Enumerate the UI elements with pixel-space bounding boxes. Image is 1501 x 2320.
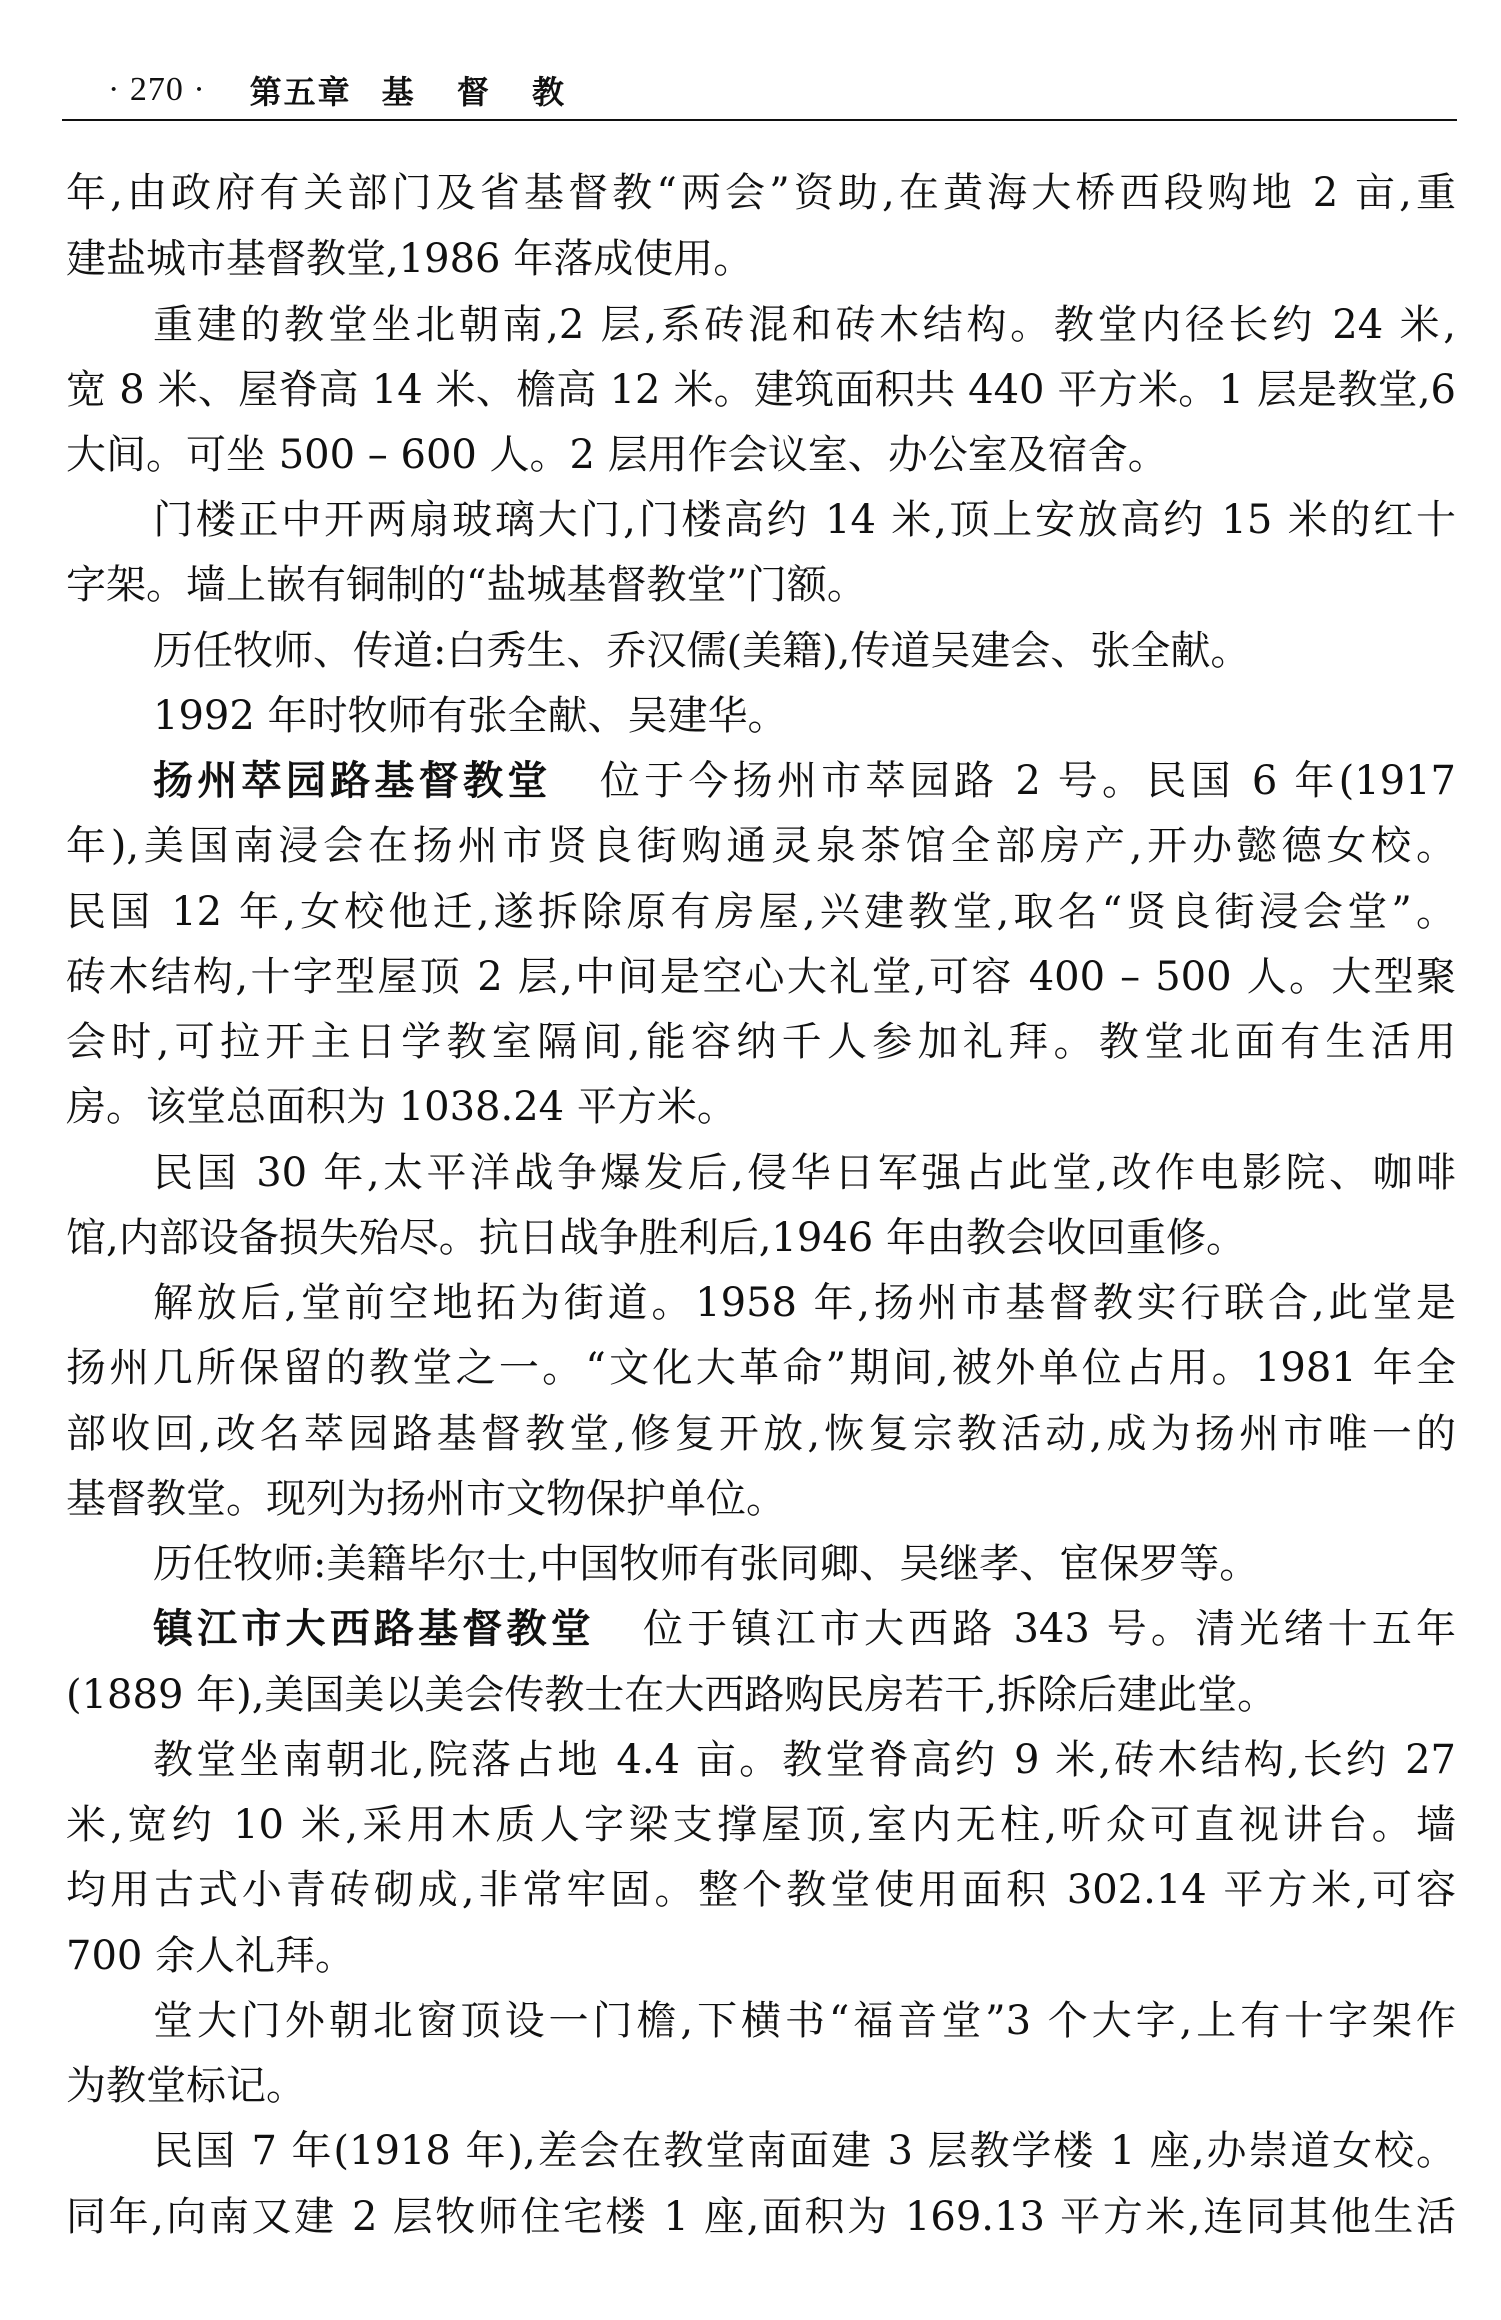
paragraph-start: 历任牧师、传道:白秀生、乔汉儒(美籍),传道吴建会、张全献。 [153,627,1456,675]
text-line: 民国 12 年,女校他迁,遂拆除原有房屋,兴建教堂,取名“贤良街浸会堂”。 [66,888,1456,936]
section-heading: 镇江市大西路基督教堂 [153,1606,595,1652]
text-line: 建盐城市基督教堂,1986 年落成使用。 [66,235,1456,283]
paragraph-start: 民国 7 年(1918 年),差会在教堂南面建 3 层教学楼 1 座,办崇道女校… [153,2127,1456,2175]
running-header: · 270 · 第五章 基 督 教 [108,68,580,112]
paragraph-start: 1992 年时牧师有张全献、吴建华。 [153,692,1456,740]
text-line: 房。该堂总面积为 1038.24 平方米。 [66,1083,1456,1131]
chapter-number: 第五章 [250,67,352,113]
text-line: 基督教堂。现列为扬州市文物保护单位。 [66,1475,1456,1523]
text-line: 年),美国南浸会在扬州市贤良街购通灵泉茶馆全部房产,开办懿德女校。 [66,822,1456,870]
paragraph-start: 教堂坐南朝北,院落占地 4.4 亩。教堂脊高约 9 米,砖木结构,长约 27 [153,1736,1456,1784]
paragraph-start: 门楼正中开两扇玻璃大门,门楼高约 14 米,顶上安放高约 15 米的红十 [153,496,1456,544]
text-line: (1889 年),美国美以美会传教士在大西路购民房若干,拆除后建此堂。 [66,1671,1456,1719]
text-line: 宽 8 米、屋脊高 14 米、檐高 12 米。建筑面积共 440 平方米。1 层… [66,366,1456,414]
text-line: 为教堂标记。 [66,2062,1456,2110]
chapter-title: 基 督 教 [382,67,580,113]
text-line: 砖木结构,十字型屋顶 2 层,中间是空心大礼堂,可容 400 – 500 人。大… [66,953,1456,1001]
text-line: 米,宽约 10 米,采用木质人字梁支撑屋顶,室内无柱,听众可直视讲台。墙 [66,1801,1456,1849]
text-line: 馆,内部设备损失殆尽。抗日战争胜利后,1946 年由教会收回重修。 [66,1214,1456,1262]
page-number: · 270 · [108,71,206,109]
paragraph-start: 民国 30 年,太平洋战争爆发后,侵华日军强占此堂,改作电影院、咖啡 [153,1149,1456,1197]
text-line: 字架。墙上嵌有铜制的“盐城基督教堂”门额。 [66,561,1456,609]
text-line: 700 余人礼拜。 [66,1932,1456,1980]
section-heading-line: 扬州萃园路基督教堂位于今扬州市萃园路 2 号。民国 6 年(1917 [153,757,1456,805]
text-line: 年,由政府有关部门及省基督教“两会”资助,在黄海大桥西段购地 2 亩,重 [66,169,1456,217]
text-line: 大间。可坐 500 – 600 人。2 层用作会议室、办公室及宿舍。 [66,431,1456,479]
text-line: 同年,向南又建 2 层牧师住宅楼 1 座,面积为 169.13 平方米,连同其他… [66,2193,1456,2241]
paragraph-start: 历任牧师:美籍毕尔士,中国牧师有张同卿、吴继孝、宦保罗等。 [153,1540,1456,1588]
text-line: 会时,可拉开主日学教室隔间,能容纳千人参加礼拜。教堂北面有生活用 [66,1018,1456,1066]
text-line: 均用古式小青砖砌成,非常牢固。整个教堂使用面积 302.14 平方米,可容 [66,1866,1456,1914]
paragraph-start: 堂大门外朝北窗顶设一门檐,下横书“福音堂”3 个大字,上有十字架作 [153,1997,1456,2045]
header-rule [62,119,1457,121]
paragraph-start: 重建的教堂坐北朝南,2 层,系砖混和砖木结构。教堂内径长约 24 米, [153,301,1456,349]
section-heading-line: 镇江市大西路基督教堂位于镇江市大西路 343 号。清光绪十五年 [153,1605,1456,1653]
paragraph-start: 解放后,堂前空地拓为街道。1958 年,扬州市基督教实行联合,此堂是 [153,1279,1456,1327]
section-heading: 扬州萃园路基督教堂 [153,758,552,804]
text-line: 部收回,改名萃园路基督教堂,修复开放,恢复宗教活动,成为扬州市唯一的 [66,1410,1456,1458]
text-line: 扬州几所保留的教堂之一。“文化大革命”期间,被外单位占用。1981 年全 [66,1344,1456,1392]
